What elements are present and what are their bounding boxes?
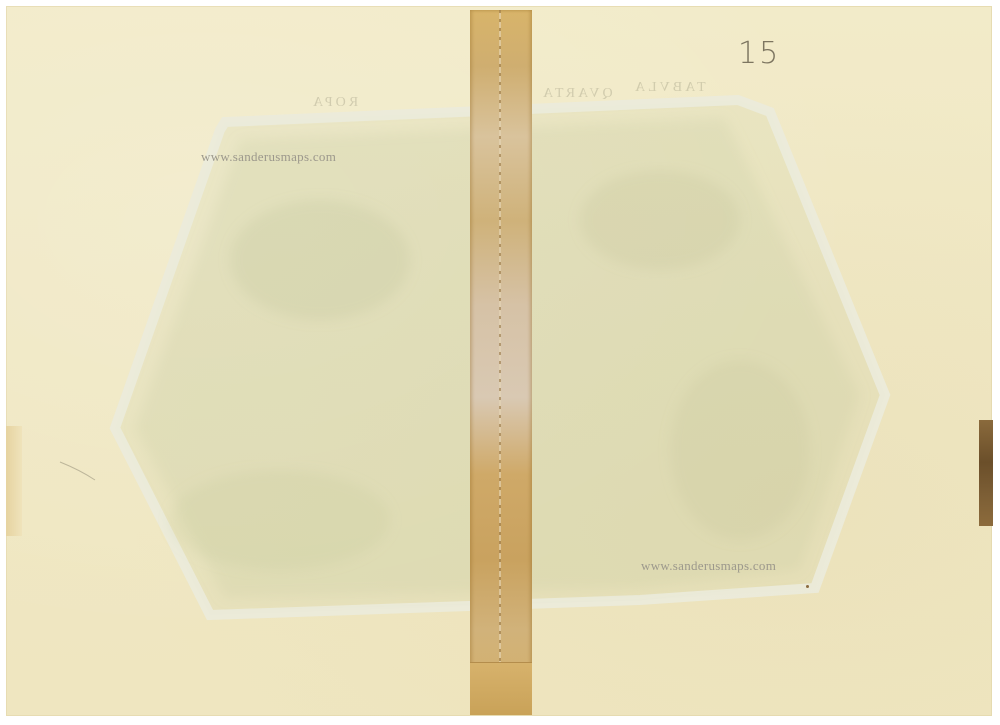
watermark-text: www.sanderusmaps.com: [201, 149, 336, 165]
watermark-text: www.sanderusmaps.com: [641, 558, 776, 574]
ghost-title-fragment: TABVLA: [632, 80, 706, 96]
ghost-title-fragment: QVARTA: [540, 86, 613, 102]
handwritten-page-number: 15: [738, 36, 780, 71]
ghost-title-fragment: ROPA: [310, 95, 358, 111]
guard-strip-patch: [470, 662, 532, 715]
fold-seam: [499, 10, 501, 714]
right-edge-tab: [979, 420, 993, 526]
paper-speck: [806, 585, 809, 588]
central-guard-strip: [470, 10, 532, 714]
